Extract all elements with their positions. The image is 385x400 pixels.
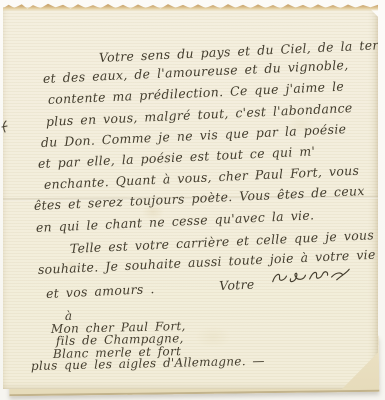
signature-scribble — [271, 266, 354, 288]
torn-top-edge — [3, 2, 378, 11]
stray-ink-mark — [1, 120, 9, 134]
letter-sheet: Votre sens du pays et du Ciel, de la ter… — [3, 7, 378, 389]
letter-body: Votre sens du pays et du Ciel, de la ter… — [3, 47, 378, 301]
dedication: à Mon cher Paul Fort, fils de Champagne,… — [3, 310, 378, 373]
letter-photo: Votre sens du pays et du Ciel, de la ter… — [0, 0, 385, 400]
closing-salutation: Votre — [219, 274, 255, 297]
closing-text: et vos amours . — [46, 278, 155, 304]
